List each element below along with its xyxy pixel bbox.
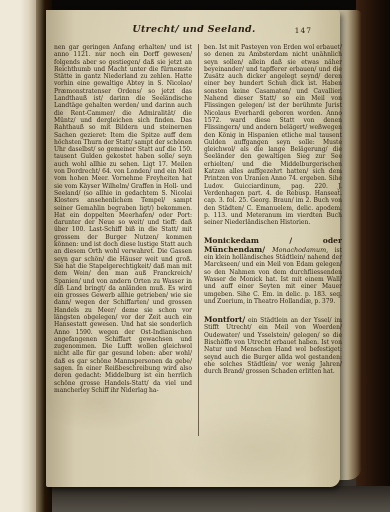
photo-background-bottom [0,486,390,512]
facing-page-edge [0,0,36,512]
left-column-text: nen gar geringen Anfang erhalten/ und is… [54,44,192,394]
continuation-paragraph: ben. Ist mit Pasteyen von Erden wol erba… [204,44,342,226]
text-column-right: ben. Ist mit Pasteyen von Erden wol erba… [204,44,342,436]
entry-monickedam-latin-name: Monachodamum, [272,246,328,254]
book-page: Utrecht/ und Seeland. 147 nen gar gering… [46,10,340,487]
entry-monickedam: Monickedam / oder Münchendam/ Monachodam… [204,237,342,305]
entry-montfort-body: ein Städtlein an der Yssel/ im Stifft Ut… [204,317,342,375]
column-divider-rule [198,44,199,436]
text-column-left: nen gar geringen Anfang erhalten/ und is… [54,44,192,436]
entry-montfort-heading: Montfort/ [204,315,245,324]
footer-row: T ij Muyden/ [204,381,342,391]
page-content: Utrecht/ und Seeland. 147 nen gar gering… [54,24,334,464]
running-head-title: Utrecht/ und Seeland. [132,24,255,35]
entry-monickedam-body: ist ein klein holländisches Städtlein/ n… [204,247,342,305]
running-head: Utrecht/ und Seeland. 147 [54,24,334,40]
text-columns: nen gar geringen Anfang erhalten/ und is… [54,44,334,436]
page-number: 147 [295,26,312,35]
entry-montfort: Montfort/ ein Städtlein an der Yssel/ im… [204,316,342,375]
